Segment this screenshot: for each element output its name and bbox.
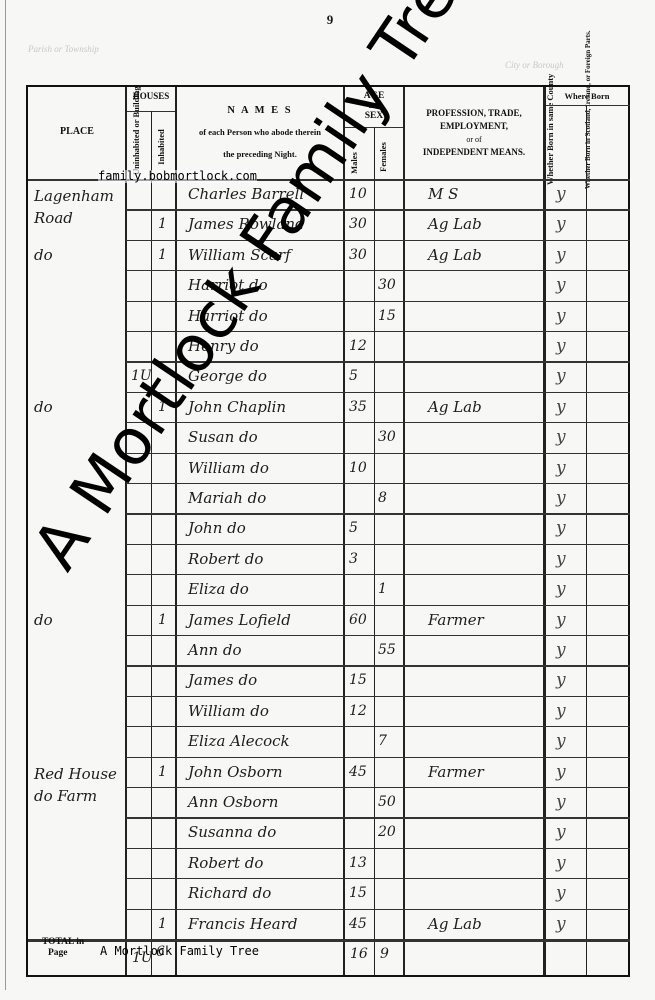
cell-born-same-county: y: [556, 489, 566, 507]
grid-horizontal-line: [126, 574, 630, 575]
header-age-title: AGE: [344, 91, 404, 101]
cell-born-same-county: y: [556, 915, 566, 933]
cell-name: James do: [188, 671, 257, 689]
cell-born-same-county: y: [556, 854, 566, 872]
cell-male-age: 30: [349, 246, 367, 264]
grid-vertical-line: [403, 87, 405, 975]
cell-name: Susanna do: [188, 823, 276, 841]
cell-place: Lagenham Road: [34, 185, 122, 229]
cell-inhabited: 1: [158, 246, 167, 264]
grid-horizontal-line: [126, 878, 630, 879]
cell-male-age: 12: [349, 702, 367, 720]
cell-name: Eliza do: [188, 580, 249, 598]
cell-inhabited: 1: [158, 763, 167, 781]
cell-name: John Osborn: [188, 763, 283, 781]
cell-inhabited: 1: [158, 611, 167, 629]
cell-name: Harriot do: [188, 276, 268, 294]
grid-vertical-line: [125, 87, 127, 975]
cell-male-age: 60: [349, 611, 367, 629]
cell-name: William Scarf: [188, 246, 291, 264]
cell-name: James Lofield: [188, 611, 291, 629]
header-names-title: N A M E S: [176, 105, 344, 116]
grid-horizontal-line: [126, 787, 630, 788]
cell-place: do: [34, 398, 53, 416]
cell-profession: Ag Lab: [428, 915, 482, 933]
cell-born-same-county: y: [556, 276, 566, 294]
header-profession-l4: INDEPENDENT MEANS.: [404, 146, 544, 159]
grid-horizontal-line: [126, 392, 630, 393]
url-watermark: family.bobmortlock.com: [98, 170, 257, 183]
cell-male-age: 15: [349, 884, 367, 902]
header-males: Males: [350, 143, 362, 183]
cell-male-age: 45: [349, 915, 367, 933]
header-age-sex: SEX: [344, 111, 404, 121]
grid-vertical-line: [175, 87, 177, 975]
cell-female-age: 50: [378, 793, 396, 811]
cell-name: Harriot do: [188, 307, 268, 325]
header-born-elsewhere: Whether Born in Scotland, Ireland, or Fo…: [585, 113, 613, 189]
grid-horizontal-line: [126, 635, 630, 636]
header-houses-inhabited: Inhabited: [157, 123, 173, 171]
cell-profession: Ag Lab: [428, 246, 482, 264]
cell-born-same-county: y: [556, 823, 566, 841]
grid-horizontal-line: [126, 270, 630, 271]
cell-male-age: 3: [349, 550, 358, 568]
grid-horizontal-line: [126, 361, 630, 362]
cell-name: Susan do: [188, 428, 258, 446]
grid-horizontal-line: [126, 301, 630, 302]
grid-horizontal-line: [126, 848, 630, 849]
cell-inhabited: 1: [158, 215, 167, 233]
grid-horizontal-line: [126, 726, 630, 727]
cell-name: George do: [188, 367, 267, 385]
cell-born-same-county: y: [556, 519, 566, 537]
header-profession-l1: PROFESSION, TRADE,: [404, 107, 544, 120]
cell-female-age: 8: [378, 489, 387, 507]
cell-born-same-county: y: [556, 641, 566, 659]
cell-profession: M S: [428, 185, 458, 203]
cell-born-same-county: y: [556, 337, 566, 355]
grid-horizontal-line: [126, 513, 630, 514]
cell-name: William do: [188, 459, 269, 477]
totals-males: 16: [350, 945, 368, 963]
header-place: PLACE: [28, 87, 126, 177]
cell-name: Francis Heard: [188, 915, 298, 933]
grid-horizontal-line: [126, 817, 630, 818]
cell-uninhabited: 1U: [131, 367, 152, 385]
cell-male-age: 13: [349, 854, 367, 872]
cell-name: Charles Barrell: [188, 185, 304, 203]
census-table: PLACE HOUSES Uninhabited or Building Inh…: [26, 85, 630, 977]
header-profession: PROFESSION, TRADE, EMPLOYMENT, or of IND…: [404, 107, 544, 159]
cell-female-age: 55: [378, 641, 396, 659]
cell-male-age: 10: [349, 185, 367, 203]
cell-born-same-county: y: [556, 307, 566, 325]
cell-born-same-county: y: [556, 246, 566, 264]
page-edge-line: [5, 0, 6, 990]
grid-horizontal-line: [126, 240, 630, 241]
header-houses-uninhabited: Uninhabited or Building: [132, 119, 156, 175]
footer-watermark: A Mortlock Family Tree: [100, 945, 259, 958]
cell-name: James Rowland: [188, 215, 305, 233]
cell-born-same-county: y: [556, 671, 566, 689]
cell-male-age: 15: [349, 671, 367, 689]
cell-name: Robert do: [188, 854, 263, 872]
grid-horizontal-line: [126, 696, 630, 697]
totals-females: 9: [380, 945, 389, 963]
cell-female-age: 30: [378, 428, 396, 446]
cell-born-same-county: y: [556, 428, 566, 446]
cell-born-same-county: y: [556, 215, 566, 233]
cell-male-age: 35: [349, 398, 367, 416]
cell-name: Ann Osborn: [188, 793, 278, 811]
grid-horizontal-line: [544, 105, 630, 106]
grid-horizontal-line: [126, 331, 630, 332]
page-number: 9: [320, 12, 340, 28]
cell-male-age: 45: [349, 763, 367, 781]
cell-female-age: 7: [378, 732, 387, 750]
header-profession-l3: or of: [404, 133, 544, 146]
grid-horizontal-line: [126, 422, 630, 423]
cell-born-same-county: y: [556, 367, 566, 385]
cell-born-same-county: y: [556, 793, 566, 811]
cell-born-same-county: y: [556, 702, 566, 720]
cell-name: Eliza Alecock: [188, 732, 290, 750]
faint-left-heading: Parish or Township: [28, 44, 99, 54]
grid-horizontal-line: [126, 665, 630, 666]
cell-female-age: 1: [378, 580, 387, 598]
cell-born-same-county: y: [556, 459, 566, 477]
grid-horizontal-line: [126, 453, 630, 454]
faint-right-heading: City or Borough: [505, 60, 564, 70]
cell-name: John Chaplin: [188, 398, 286, 416]
cell-name: Robert do: [188, 550, 263, 568]
header-females: Females: [379, 135, 391, 179]
cell-name: Richard do: [188, 884, 271, 902]
cell-born-same-county: y: [556, 398, 566, 416]
grid-horizontal-line: [126, 757, 630, 758]
grid-horizontal-line: [126, 209, 630, 210]
grid-vertical-line: [586, 105, 587, 975]
grid-horizontal-line: [126, 544, 630, 545]
cell-inhabited: 1: [158, 915, 167, 933]
grid-horizontal-line: [126, 605, 630, 606]
grid-vertical-line: [343, 87, 345, 975]
cell-female-age: 30: [378, 276, 396, 294]
cell-born-same-county: y: [556, 550, 566, 568]
cell-profession: Farmer: [428, 611, 484, 629]
cell-profession: Farmer: [428, 763, 484, 781]
cell-born-same-county: y: [556, 185, 566, 203]
cell-profession: Ag Lab: [428, 215, 482, 233]
header-profession-l2: EMPLOYMENT,: [404, 120, 544, 133]
cell-profession: Ag Lab: [428, 398, 482, 416]
cell-male-age: 5: [349, 367, 358, 385]
cell-place: do: [34, 611, 53, 629]
grid-horizontal-line: [126, 483, 630, 484]
header-age-and: and: [344, 103, 404, 110]
cell-name: William do: [188, 702, 269, 720]
cell-born-same-county: y: [556, 884, 566, 902]
grid-horizontal-line: [126, 909, 630, 910]
cell-place: Red House do Farm: [34, 763, 122, 807]
cell-name: Mariah do: [188, 489, 266, 507]
cell-place: do: [34, 246, 53, 264]
header-names-sub1: of each Person who abode therein: [176, 127, 344, 137]
cell-male-age: 5: [349, 519, 358, 537]
cell-born-same-county: y: [556, 611, 566, 629]
cell-born-same-county: y: [556, 580, 566, 598]
header-names-sub2: the preceding Night.: [176, 149, 344, 159]
cell-inhabited: 1: [158, 398, 167, 416]
cell-female-age: 20: [378, 823, 396, 841]
cell-name: Henry do: [188, 337, 259, 355]
cell-born-same-county: y: [556, 763, 566, 781]
cell-male-age: 30: [349, 215, 367, 233]
cell-name: Ann do: [188, 641, 242, 659]
cell-born-same-county: y: [556, 732, 566, 750]
cell-female-age: 15: [378, 307, 396, 325]
grid-vertical-line: [543, 87, 546, 975]
cell-male-age: 10: [349, 459, 367, 477]
cell-male-age: 12: [349, 337, 367, 355]
header-born-same-county: Whether Born in same County: [546, 111, 568, 185]
cell-name: John do: [188, 519, 246, 537]
